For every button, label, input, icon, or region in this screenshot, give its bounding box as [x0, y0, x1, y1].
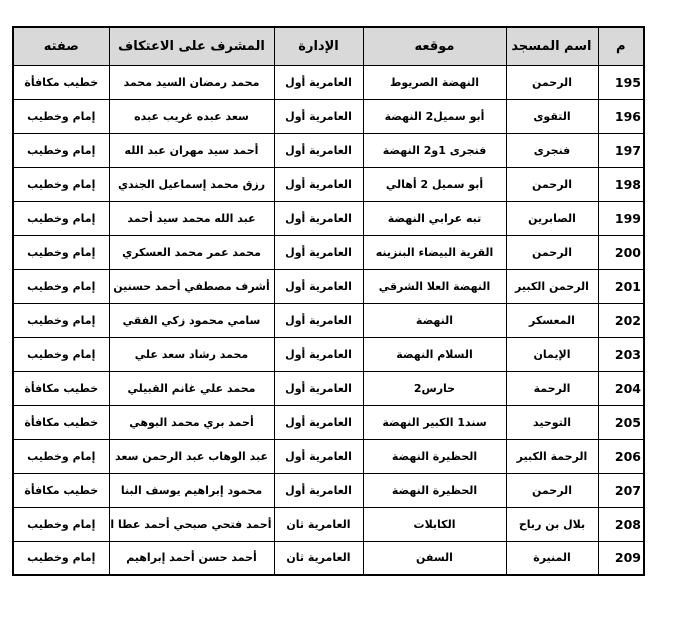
cell-supervisor: سعد عبده غريب عبده	[109, 99, 274, 133]
table-body: 195الرحمنالنهضة الصريوطالعامرية أولمحمد …	[13, 65, 644, 575]
cell-location: أبو سميل2 النهضة	[363, 99, 506, 133]
cell-admin: العامرية أول	[274, 439, 363, 473]
cell-admin: العامرية أول	[274, 269, 363, 303]
cell-admin: العامرية أول	[274, 371, 363, 405]
cell-role: إمام وخطيب	[13, 235, 109, 269]
cell-admin: العامرية أول	[274, 405, 363, 439]
cell-mosque: الرحمن	[506, 167, 598, 201]
table-row: 196التقوىأبو سميل2 النهضةالعامرية أولسعد…	[13, 99, 644, 133]
cell-location: سند1 الكبير النهضة	[363, 405, 506, 439]
cell-admin: العامرية ثان	[274, 507, 363, 541]
cell-location: السفن	[363, 541, 506, 575]
cell-role: إمام وخطيب	[13, 99, 109, 133]
cell-role: إمام وخطيب	[13, 167, 109, 201]
cell-admin: العامرية أول	[274, 235, 363, 269]
cell-admin: العامرية أول	[274, 473, 363, 507]
cell-admin: العامرية أول	[274, 133, 363, 167]
cell-seq: 203	[598, 337, 644, 371]
cell-seq: 204	[598, 371, 644, 405]
cell-seq: 201	[598, 269, 644, 303]
table-row: 209المنيرةالسفنالعامرية ثانأحمد حسن أحمد…	[13, 541, 644, 575]
table-row: 205التوحيدسند1 الكبير النهضةالعامرية أول…	[13, 405, 644, 439]
cell-role: إمام وخطيب	[13, 541, 109, 575]
table-row: 203الإيمانالسلام النهضةالعامرية أولمحمد …	[13, 337, 644, 371]
cell-mosque: المعسكر	[506, 303, 598, 337]
cell-admin: العامرية أول	[274, 303, 363, 337]
cell-location: النهضة	[363, 303, 506, 337]
cell-seq: 205	[598, 405, 644, 439]
cell-seq: 197	[598, 133, 644, 167]
cell-seq: 200	[598, 235, 644, 269]
cell-supervisor: عبد الوهاب عبد الرحمن سعد	[109, 439, 274, 473]
cell-seq: 196	[598, 99, 644, 133]
table-row: 201الرحمن الكبيرالنهضة العلا الشرقيالعام…	[13, 269, 644, 303]
cell-mosque: الرحمن الكبير	[506, 269, 598, 303]
cell-mosque: التوحيد	[506, 405, 598, 439]
table-row: 198الرحمنأبو سميل 2 أهاليالعامرية أولرزق…	[13, 167, 644, 201]
cell-mosque: الصابرين	[506, 201, 598, 235]
cell-seq: 199	[598, 201, 644, 235]
cell-role: إمام وخطيب	[13, 507, 109, 541]
cell-supervisor: محمد رشاد سعد علي	[109, 337, 274, 371]
cell-admin: العامرية أول	[274, 99, 363, 133]
cell-role: إمام وخطيب	[13, 303, 109, 337]
cell-supervisor: أحمد حسن أحمد إبراهيم	[109, 541, 274, 575]
table-row: 202المعسكرالنهضةالعامرية أولسامي محمود ز…	[13, 303, 644, 337]
cell-supervisor: أشرف مصطفي أحمد حسنين	[109, 269, 274, 303]
cell-location: النهضة العلا الشرقي	[363, 269, 506, 303]
cell-location: الحظيرة النهضة	[363, 473, 506, 507]
cell-supervisor: محمد علي غانم القبيلي	[109, 371, 274, 405]
cell-mosque: المنيرة	[506, 541, 598, 575]
cell-role: خطيب مكافأة	[13, 65, 109, 99]
header-cell-seq: م	[598, 27, 644, 65]
cell-admin: العامرية أول	[274, 167, 363, 201]
cell-supervisor: سامي محمود زكي الفقي	[109, 303, 274, 337]
cell-admin: العامرية أول	[274, 201, 363, 235]
cell-supervisor: محمود إبراهيم يوسف البنا	[109, 473, 274, 507]
cell-role: إمام وخطيب	[13, 337, 109, 371]
header-cell-admin: الإدارة	[274, 27, 363, 65]
cell-seq: 208	[598, 507, 644, 541]
cell-seq: 198	[598, 167, 644, 201]
cell-location: حارس2	[363, 371, 506, 405]
cell-seq: 207	[598, 473, 644, 507]
cell-role: خطيب مكافأة	[13, 473, 109, 507]
header-cell-supervisor: المشرف على الاعتكاف	[109, 27, 274, 65]
cell-supervisor: أحمد بري محمد البوهي	[109, 405, 274, 439]
cell-admin: العامرية أول	[274, 65, 363, 99]
cell-role: خطيب مكافأة	[13, 405, 109, 439]
cell-mosque: الرحمن	[506, 65, 598, 99]
cell-role: إمام وخطيب	[13, 201, 109, 235]
cell-mosque: الرحمة	[506, 371, 598, 405]
cell-location: الكابلات	[363, 507, 506, 541]
cell-location: أبو سميل 2 أهالي	[363, 167, 506, 201]
cell-role: إمام وخطيب	[13, 133, 109, 167]
cell-location: السلام النهضة	[363, 337, 506, 371]
cell-seq: 206	[598, 439, 644, 473]
cell-seq: 209	[598, 541, 644, 575]
cell-seq: 202	[598, 303, 644, 337]
table-row: 206الرحمة الكبيرالحظيرة النهضةالعامرية أ…	[13, 439, 644, 473]
cell-mosque: الرحمة الكبير	[506, 439, 598, 473]
table-row: 197فنجرىفنجرى 1و2 النهضةالعامرية أولأحمد…	[13, 133, 644, 167]
header-cell-role: صفته	[13, 27, 109, 65]
cell-supervisor: أحمد سيد مهران عبد الله	[109, 133, 274, 167]
header-cell-location: موقعه	[363, 27, 506, 65]
cell-admin: العامرية أول	[274, 337, 363, 371]
cell-mosque: بلال بن رباح	[506, 507, 598, 541]
cell-supervisor: أحمد فتحي صبحي أحمد عطا الله	[109, 507, 274, 541]
table-row: 195الرحمنالنهضة الصريوطالعامرية أولمحمد …	[13, 65, 644, 99]
cell-mosque: فنجرى	[506, 133, 598, 167]
cell-role: إمام وخطيب	[13, 439, 109, 473]
cell-supervisor: رزق محمد إسماعيل الجندي	[109, 167, 274, 201]
table-row: 200الرحمنالقرية البيضاء البنزينهالعامرية…	[13, 235, 644, 269]
cell-location: الحظيرة النهضة	[363, 439, 506, 473]
cell-mosque: التقوى	[506, 99, 598, 133]
header-cell-mosque: اسم المسجد	[506, 27, 598, 65]
header-row: ماسم المسجدموقعهالإدارةالمشرف على الاعتك…	[13, 27, 644, 65]
cell-location: القرية البيضاء البنزينه	[363, 235, 506, 269]
cell-role: إمام وخطيب	[13, 269, 109, 303]
table-row: 208بلال بن رباحالكابلاتالعامرية ثانأحمد …	[13, 507, 644, 541]
cell-mosque: الرحمن	[506, 473, 598, 507]
cell-location: النهضة الصريوط	[363, 65, 506, 99]
cell-seq: 195	[598, 65, 644, 99]
mosques-table: ماسم المسجدموقعهالإدارةالمشرف على الاعتك…	[12, 26, 645, 576]
cell-admin: العامرية ثان	[274, 541, 363, 575]
cell-supervisor: محمد عمر محمد العسكري	[109, 235, 274, 269]
page: ماسم المسجدموقعهالإدارةالمشرف على الاعتك…	[0, 0, 678, 636]
cell-location: فنجرى 1و2 النهضة	[363, 133, 506, 167]
cell-location: تبه عرابي النهضة	[363, 201, 506, 235]
cell-supervisor: محمد رمضان السيد محمد	[109, 65, 274, 99]
table-row: 207الرحمنالحظيرة النهضةالعامرية أولمحمود…	[13, 473, 644, 507]
cell-role: خطيب مكافأة	[13, 371, 109, 405]
cell-mosque: الرحمن	[506, 235, 598, 269]
cell-mosque: الإيمان	[506, 337, 598, 371]
table-row: 199الصابرينتبه عرابي النهضةالعامرية أولع…	[13, 201, 644, 235]
table-row: 204الرحمةحارس2العامرية أولمحمد علي غانم …	[13, 371, 644, 405]
cell-supervisor: عبد الله محمد سيد أحمد	[109, 201, 274, 235]
